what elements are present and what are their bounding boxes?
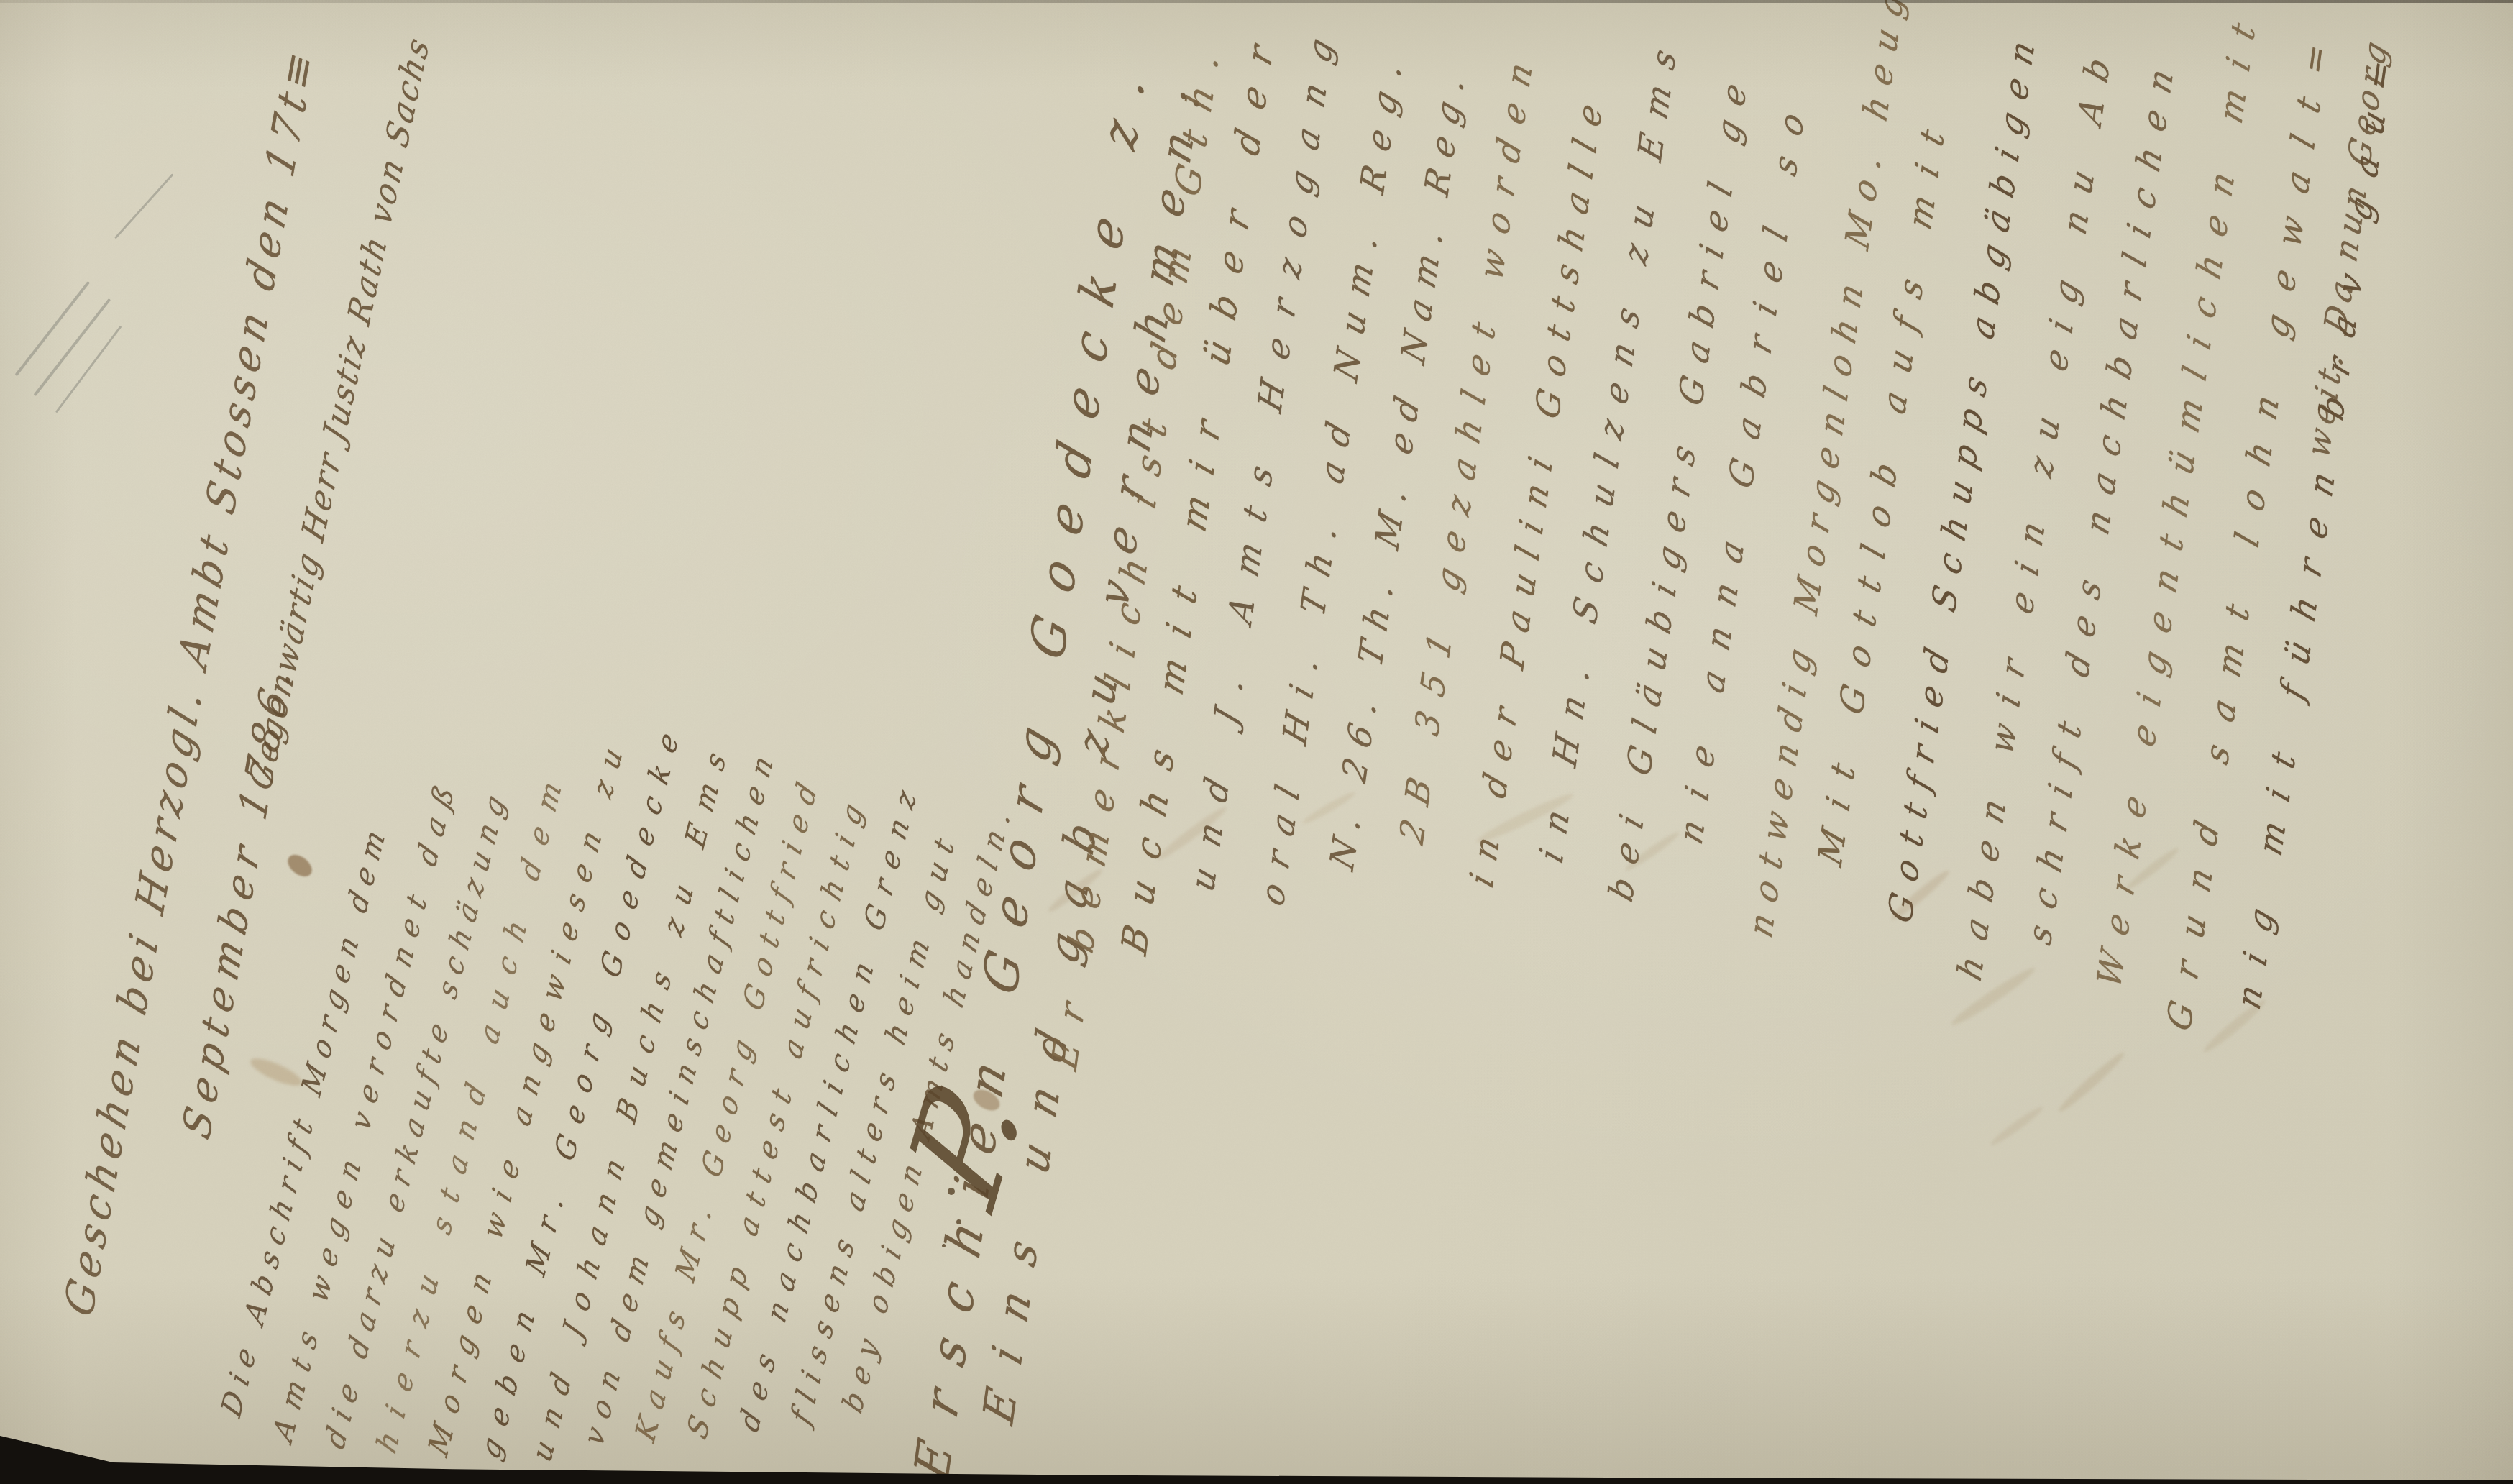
paper-stain bbox=[1301, 789, 1358, 826]
paper-stain bbox=[2124, 845, 2182, 892]
manuscript-page: Geschehen bei Herzogl. Ambt Stossen den … bbox=[0, 0, 2513, 1484]
paper-stain bbox=[1155, 803, 1230, 863]
paper-stain bbox=[1623, 829, 1682, 874]
paper-stain bbox=[284, 851, 316, 881]
paper-stain bbox=[1988, 1104, 2046, 1149]
paper-stain bbox=[1888, 867, 1952, 923]
paper-stain bbox=[1474, 789, 1576, 847]
ink-dot bbox=[956, 1219, 961, 1224]
ink-dot bbox=[948, 1188, 955, 1195]
stain-layer bbox=[0, 0, 2513, 1484]
paper-stain bbox=[247, 1053, 305, 1091]
paper-stain bbox=[2056, 1049, 2128, 1115]
paper-stain bbox=[2201, 997, 2269, 1056]
paper-stain bbox=[1045, 866, 1105, 915]
scan-top-edge-shadow bbox=[0, 0, 2513, 3]
paper-stain bbox=[970, 1086, 1004, 1115]
paper-stain bbox=[1948, 963, 2038, 1030]
ink-dot bbox=[942, 1244, 946, 1247]
